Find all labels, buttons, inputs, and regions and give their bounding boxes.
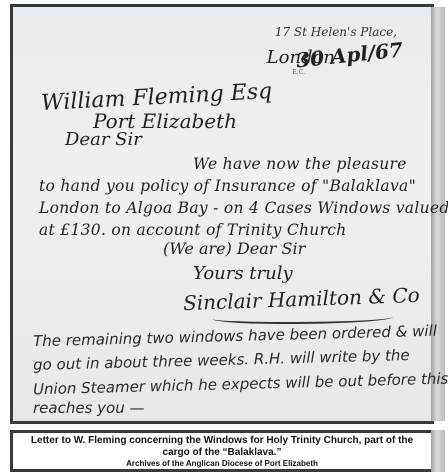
handwritten-letter: 17 St Helen's Place, London E.C. 30 Apl/… xyxy=(13,7,431,421)
body-line: London to Algoa Bay - on 4 Cases Windows… xyxy=(39,199,448,217)
letter-date: 30 Apl/67 xyxy=(295,37,404,72)
caption: Letter to W. Fleming concerning the Wind… xyxy=(10,430,434,472)
signature: Sinclair Hamilton & Co xyxy=(183,283,420,315)
letterhead-address: 17 St Helen's Place, xyxy=(275,25,397,39)
body-line: to hand you policy of Insurance of "Bala… xyxy=(39,177,416,195)
salutation: Dear Sir xyxy=(65,129,142,150)
body-line: We have now the pleasure xyxy=(193,155,407,173)
caption-edge-shadow xyxy=(431,430,445,472)
postscript-line: Union Steamer which he expects will be o… xyxy=(33,370,448,399)
caption-source: Archives of the Anglican Diocese of Port… xyxy=(13,459,431,469)
letter-photograph: 17 St Helen's Place, London E.C. 30 Apl/… xyxy=(10,4,434,424)
closing-line: Yours truly xyxy=(193,263,293,284)
postscript-line: reaches you — xyxy=(33,399,144,417)
caption-title: Letter to W. Fleming concerning the Wind… xyxy=(19,435,425,459)
closing-line: (We are) Dear Sir xyxy=(163,239,305,258)
signature-flourish xyxy=(213,312,393,324)
postscript-line: go out in about three weeks. R.H. will w… xyxy=(33,346,410,374)
body-line: at £130. on account of Trinity Church xyxy=(39,221,347,239)
